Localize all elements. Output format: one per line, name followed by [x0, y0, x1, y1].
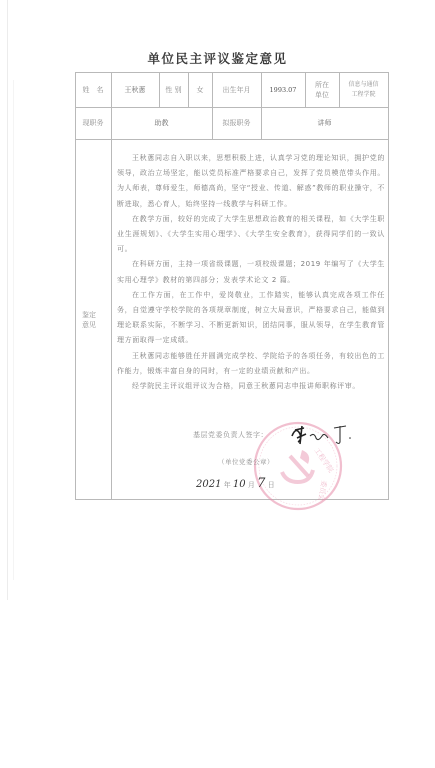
opinion-paragraph: 在教学方面，较好的完成了大学生思想政治教育的相关课程，如《大学生职业生涯规划》、…: [117, 212, 385, 258]
opinion-label-line1: 鉴定: [80, 310, 98, 320]
current-post-label: 现职务: [75, 107, 111, 139]
birth-value: 1993.07: [261, 72, 305, 107]
opinion-body: 王秋蔥同志自入职以来，思想积极上进，认真学习党的理论知识，拥护党的领导，政治立场…: [117, 151, 385, 394]
name-value: 王秋蔥: [111, 72, 159, 107]
unit-label: 所在 单位: [305, 72, 339, 107]
unit-label-line2: 单位: [315, 90, 329, 100]
date-day: 7: [257, 476, 265, 491]
unit-value-line1: 信息与通信: [348, 80, 378, 90]
handwritten-signature: [288, 420, 358, 448]
date-month: 10: [233, 479, 246, 490]
gender-label: 性 别: [159, 72, 188, 107]
opinion-paragraph: 王秋蔥同志能够胜任并圆满完成学校、学院给予的各项任务，有较出色的工作能力，锻炼丰…: [117, 349, 385, 379]
scan-edge: [7, 0, 8, 600]
date-day-suffix: 日: [268, 481, 275, 489]
gender-value: 女: [188, 72, 212, 107]
opinion-label: 鉴定 意见: [80, 310, 98, 330]
seal-note: （单位党委公章）: [218, 457, 274, 466]
row-divider: [75, 139, 389, 140]
current-post-value: 助教: [111, 107, 212, 139]
birth-label: 出生年月: [212, 72, 261, 107]
unit-value-line2: 工程学院: [351, 90, 375, 100]
unit-value: 信息与通信 工程学院: [339, 72, 388, 107]
opinion-paragraph: 在科研方面，主持一项省级课题，一项校级课题；2019 年编写了《大学生实用心理学…: [117, 257, 385, 287]
date-year-suffix: 年: [224, 481, 231, 489]
signature-label: 基层党委负责人签字：: [193, 430, 268, 440]
table-border-right: [388, 72, 389, 500]
opinion-paragraph: 经学院民主评议组评议为合格，同意王秋蔥同志申报讲师职称评审。: [117, 379, 385, 394]
document-title: 单位民主评议鉴定意见: [0, 49, 435, 67]
name-label: 姓 名: [75, 72, 111, 107]
unit-label-line1: 所在: [315, 80, 329, 90]
opinion-paragraph: 王秋蔥同志自入职以来，思想积极上进，认真学习党的理论知识，拥护党的领导，政治立场…: [117, 151, 385, 212]
date-year: 2021: [196, 479, 221, 490]
opinion-label-line2: 意见: [80, 320, 98, 330]
opinion-paragraph: 在工作方面，在工作中，爱岗敬业，工作踏实，能够认真完成各项工作任务，自觉遵守学校…: [117, 288, 385, 349]
proposed-post-value: 讲师: [261, 107, 388, 139]
scan-edge: [13, 80, 14, 580]
date-month-suffix: 月: [248, 481, 255, 489]
svg-text:工程学院: 工程学院: [312, 446, 335, 474]
date-line: 2021 年 10 月 7 日: [196, 476, 275, 491]
table-border-bottom: [75, 499, 389, 500]
proposed-post-label: 拟报职务: [212, 107, 261, 139]
